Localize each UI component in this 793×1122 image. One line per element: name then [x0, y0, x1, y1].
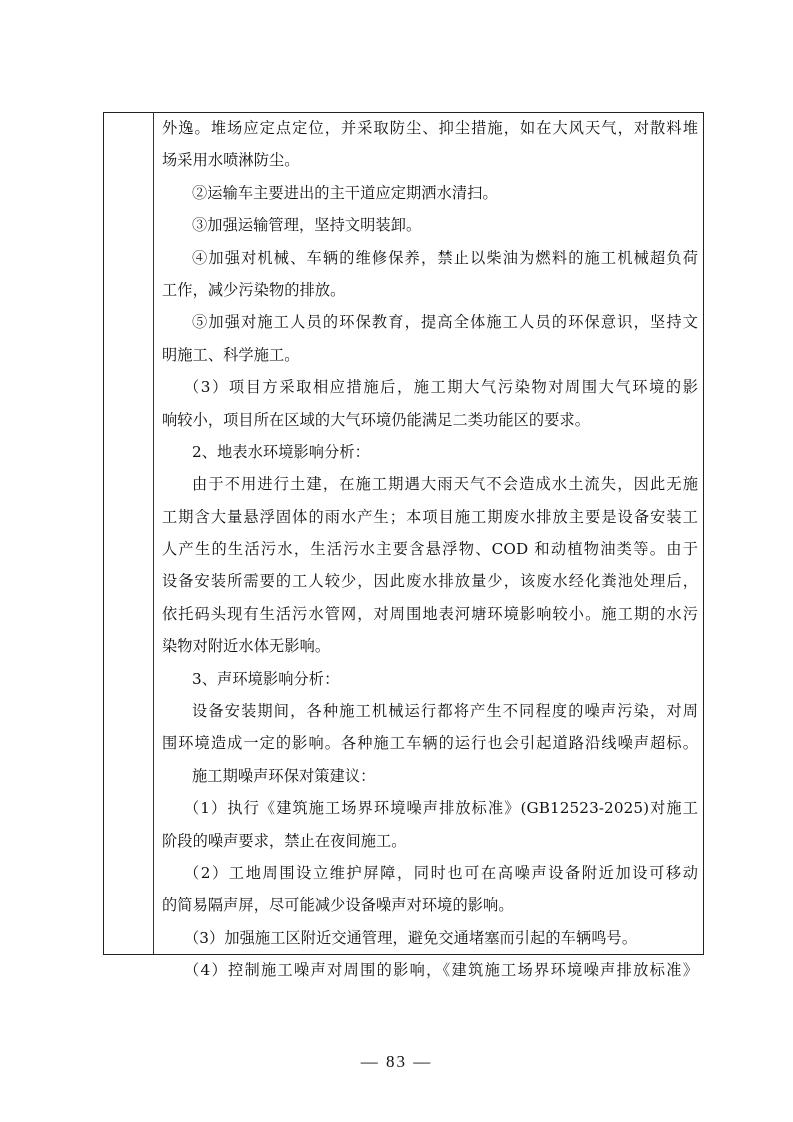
text-line: ⑤加强对施工人员的环保教育，提高全体施工人员的环保意识，坚持文 — [162, 306, 698, 338]
text-line: 设备安装所需要的工人较少，因此废水排放量少，该废水经化粪池处理后， — [162, 565, 698, 597]
text-line: ④加强对机械、车辆的维修保养，禁止以柴油为燃料的施工机械超负荷 — [162, 242, 698, 274]
text-line: 阶段的噪声要求，禁止在夜间施工。 — [162, 825, 698, 857]
text-line: （4）控制施工噪声对周围的影响，《建筑施工场界环境噪声排放标准》 — [162, 954, 698, 986]
text-line: 明施工、科学施工。 — [162, 339, 698, 371]
text-line: 工期含大量悬浮固体的雨水产生；本项目施工期废水排放主要是设备安装工 — [162, 501, 698, 533]
text-line: （1）执行《建筑施工场界环境噪声排放标准》(GB12523-2025)对施工 — [162, 792, 698, 824]
page-number: — 83 — — [0, 1052, 793, 1072]
text-line: 围环境造成一定的影响。各种施工车辆的运行也会引起道路沿线噪声超标。 — [162, 727, 698, 759]
text-line: 染物对附近水体无影响。 — [162, 630, 698, 662]
text-line: 人产生的生活污水，生活污水主要含悬浮物、COD 和动植物油类等。由于 — [162, 533, 698, 565]
text-line: 外逸。堆场应定点定位，并采取防尘、抑尘措施，如在大风天气，对散料堆 — [162, 112, 698, 144]
text-line: 设备安装期间，各种施工机械运行都将产生不同程度的噪声污染，对周 — [162, 695, 698, 727]
text-line: 3、声环境影响分析： — [162, 663, 698, 695]
content-table: 外逸。堆场应定点定位，并采取防尘、抑尘措施，如在大风天气，对散料堆场采用水喷淋防… — [103, 112, 704, 955]
text-line: 响较小，项目所在区域的大气环境仍能满足二类功能区的要求。 — [162, 404, 698, 436]
text-line: ③加强运输管理，坚持文明装卸。 — [162, 209, 698, 241]
text-line: 依托码头现有生活污水管网，对周围地表河塘环境影响较小。施工期的水污 — [162, 598, 698, 630]
text-line: 场采用水喷淋防尘。 — [162, 144, 698, 176]
text-line: ②运输车主要进出的主干道应定期洒水清扫。 — [162, 177, 698, 209]
text-line: 2、地表水环境影响分析： — [162, 436, 698, 468]
table-content-cell: 外逸。堆场应定点定位，并采取防尘、抑尘措施，如在大风天气，对散料堆场采用水喷淋防… — [162, 112, 698, 987]
text-line: （3）项目方采取相应措施后，施工期大气污染物对周围大气环境的影 — [162, 371, 698, 403]
table-left-column — [104, 113, 154, 954]
text-line: 工作，减少污染物的排放。 — [162, 274, 698, 306]
text-line: （3）加强施工区附近交通管理，避免交通堵塞而引起的车辆鸣号。 — [162, 922, 698, 954]
text-line: （2）工地周围设立维护屏障，同时也可在高噪声设备附近加设可移动 — [162, 857, 698, 889]
text-line: 由于不用进行土建，在施工期遇大雨天气不会造成水土流失，因此无施 — [162, 468, 698, 500]
text-line: 施工期噪声环保对策建议： — [162, 760, 698, 792]
text-line: 的简易隔声屏，尽可能减少设备噪声对环境的影响。 — [162, 889, 698, 921]
